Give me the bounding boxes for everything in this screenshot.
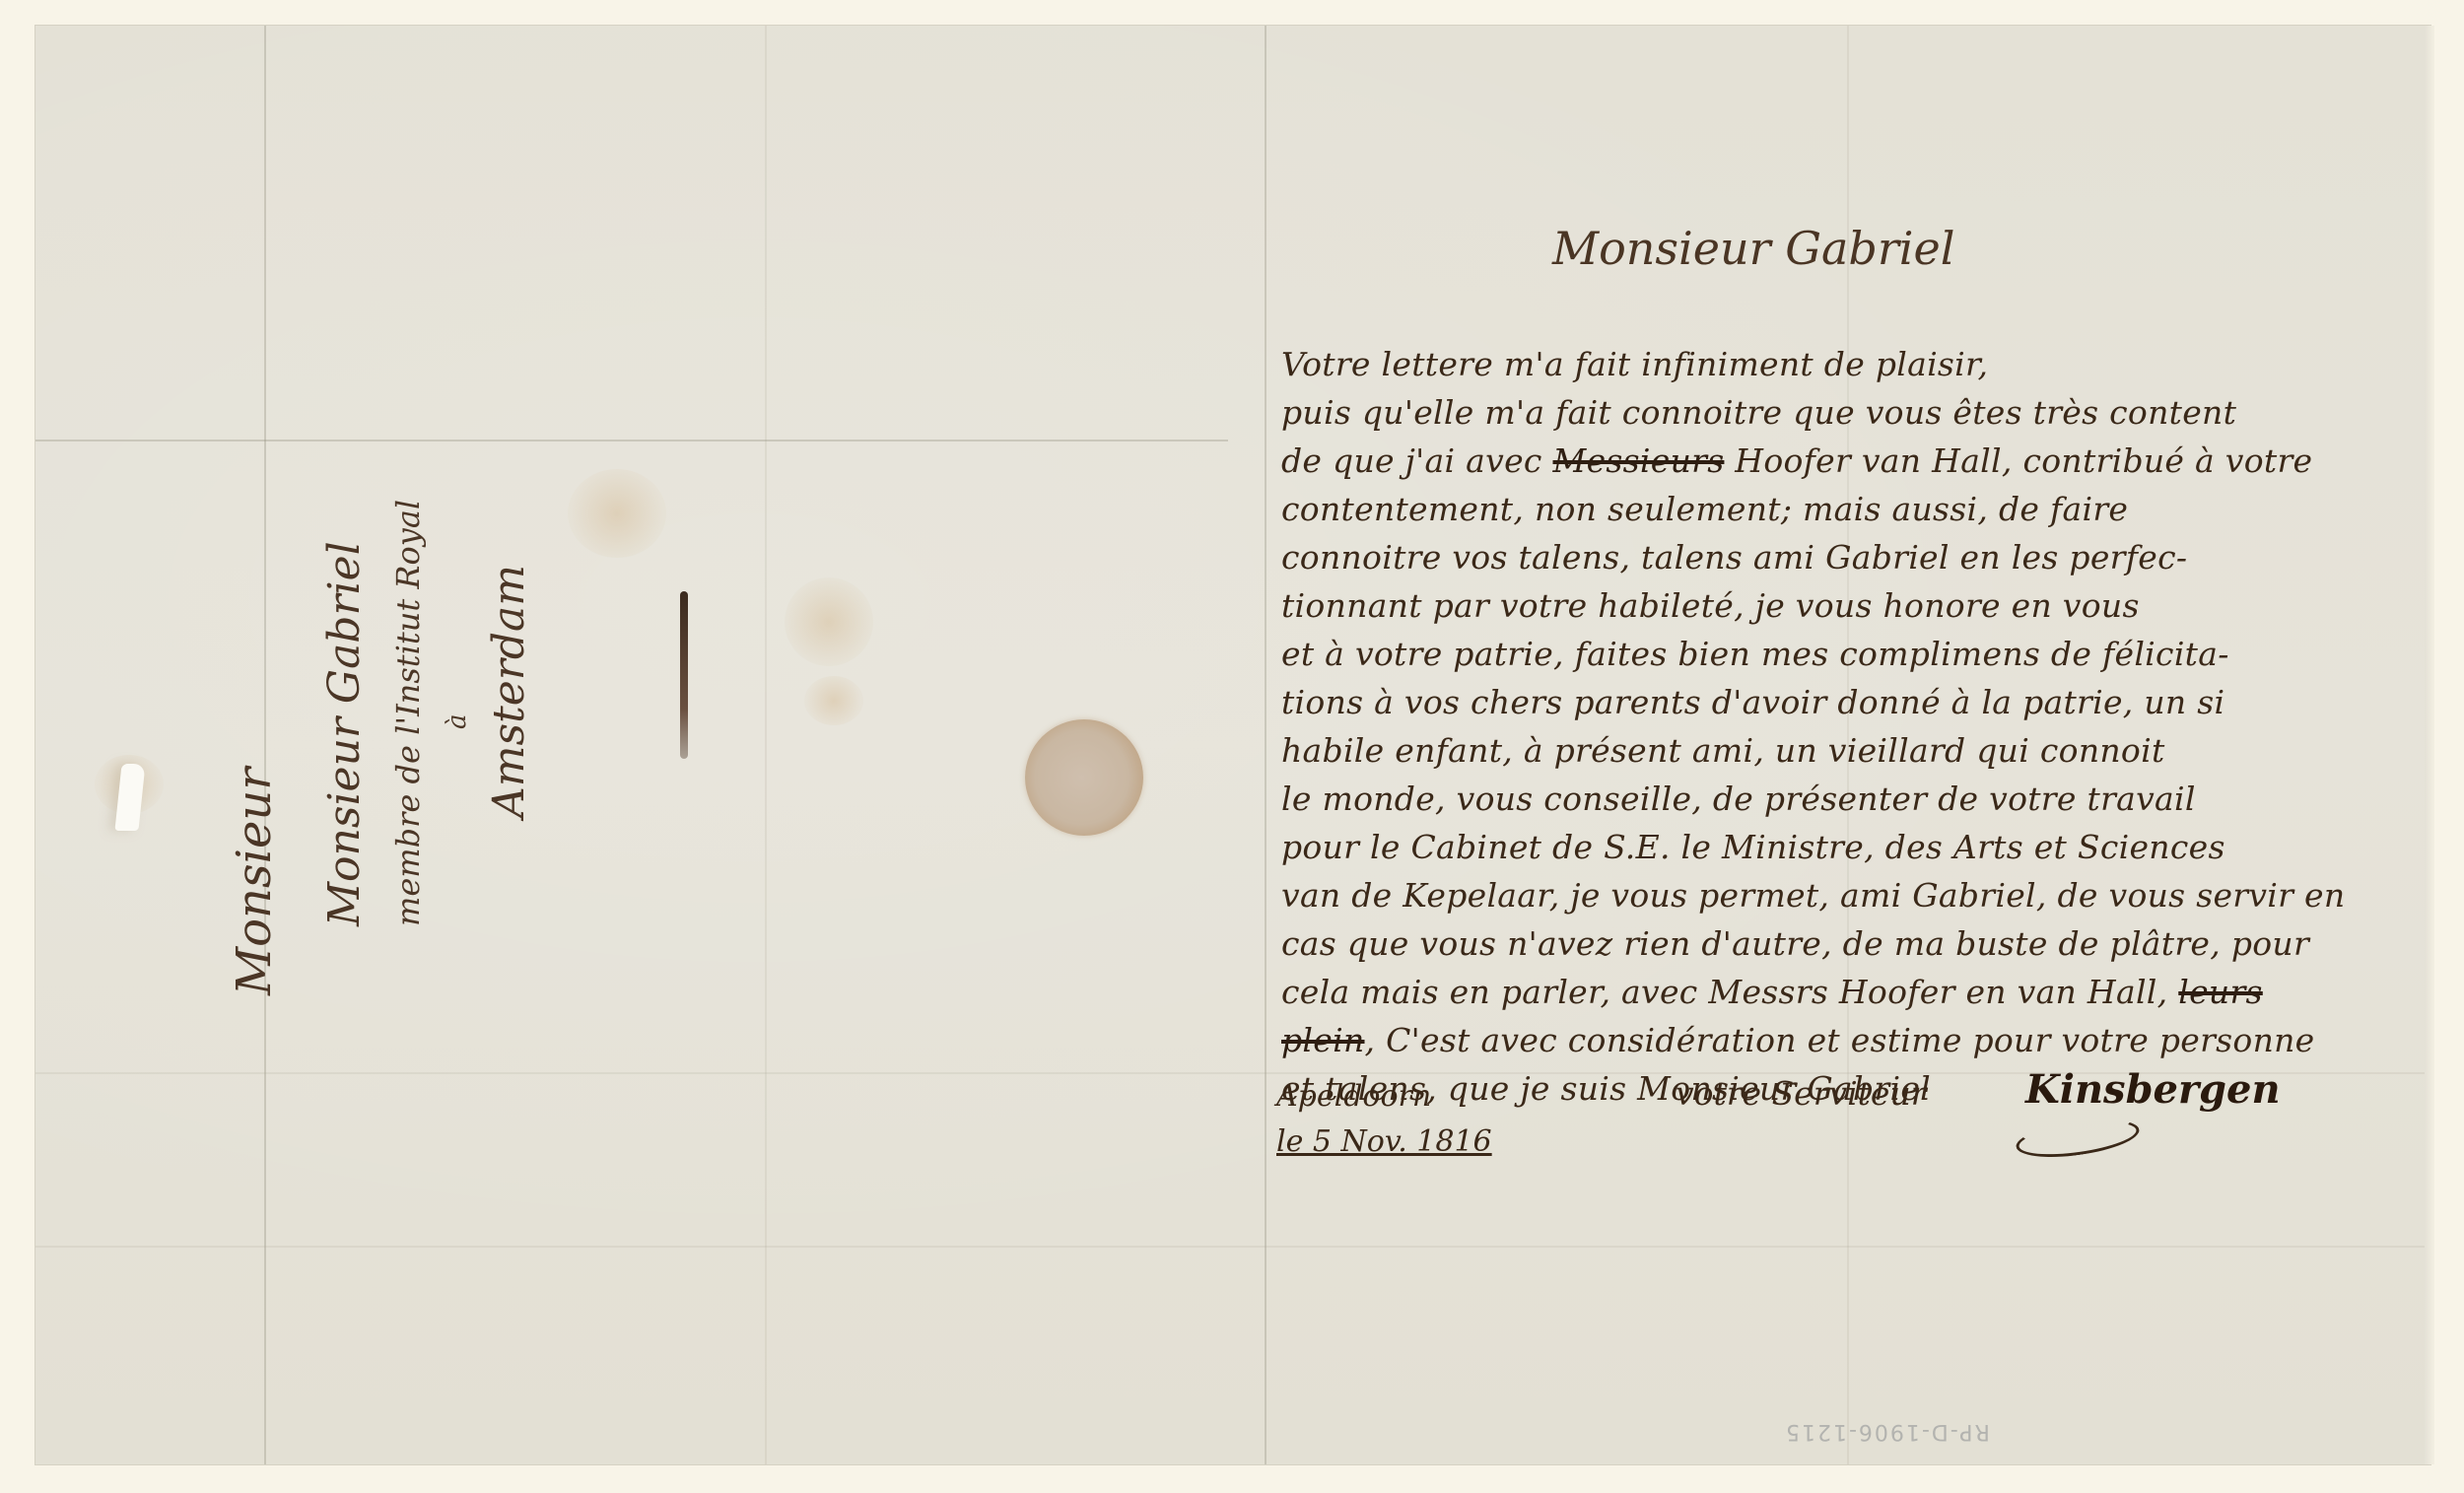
signature: Kinsbergen (2025, 1066, 2281, 1113)
address-line: à (443, 404, 472, 729)
fold-line-vertical (765, 26, 767, 1464)
letter-line: cas que vous n'avez rien d'autre, de ma … (1281, 919, 2415, 968)
fold-line-vertical (1265, 26, 1266, 1464)
letter-line: Votre lettere m'a fait infiniment de pla… (1281, 340, 2415, 388)
fold-line-horizontal (35, 440, 1228, 441)
letter-closing: votre Serviteur (1676, 1074, 1927, 1113)
struck-word: plein (1281, 1021, 1365, 1059)
letter-salutation: Monsieur Gabriel (1552, 222, 1954, 275)
letter-body: Votre lettere m'a fait infiniment de pla… (1281, 340, 2415, 1113)
letter-line: et à votre patrie, faites bien mes compl… (1281, 630, 2415, 678)
letter-line: habile enfant, à présent ami, un vieilla… (1281, 726, 2415, 775)
letter-line: contentement, non seulement; mais aussi,… (1281, 485, 2415, 533)
address-panel: Monsieur Monsieur Gabriel membre de l'In… (227, 404, 534, 995)
letter-line: connoitre vos talens, talens ami Gabriel… (1281, 533, 2415, 581)
letter-line: pour le Cabinet de S.E. le Ministre, des… (1281, 823, 2415, 871)
foxing-stain (804, 676, 863, 725)
place-and-date: Apeldoorn le 5 Nov. 1816 (1276, 1074, 1492, 1165)
fold-line-horizontal (35, 1246, 2430, 1248)
letter-line: de que j'ai avec Messieurs Hoofer van Ha… (1281, 437, 2415, 485)
address-line: membre de l'Institut Royal (389, 404, 427, 926)
address-line: Monsieur Gabriel (319, 404, 370, 926)
address-line: Monsieur (227, 404, 282, 995)
foxing-stain (785, 577, 873, 666)
letter-line: plein, C'est avec considération et estim… (1281, 1016, 2415, 1064)
address-flourish (680, 591, 688, 759)
foxing-stain (568, 469, 666, 558)
place: Apeldoorn (1276, 1079, 1431, 1114)
struck-word: Messieurs (1553, 441, 1725, 480)
letter-line: cela mais en parler, avec Messrs Hoofer … (1281, 968, 2415, 1016)
letter-line: tionnant par votre habileté, je vous hon… (1281, 581, 2415, 630)
date: le 5 Nov. 1816 (1276, 1124, 1492, 1159)
letter-line: puis qu'elle m'a fait connoitre que vous… (1281, 388, 2415, 437)
struck-word: leurs (2178, 973, 2263, 1011)
archive-pencil-note: RP-D-1906-1215 (1784, 1419, 1990, 1444)
letter-line: tions à vos chers parents d'avoir donné … (1281, 678, 2415, 726)
letter-line: le monde, vous conseille, de présenter d… (1281, 775, 2415, 823)
address-line: Amsterdam (484, 404, 534, 818)
wax-seal (1025, 719, 1143, 836)
letter-line: van de Kepelaar, je vous permet, ami Gab… (1281, 871, 2415, 919)
